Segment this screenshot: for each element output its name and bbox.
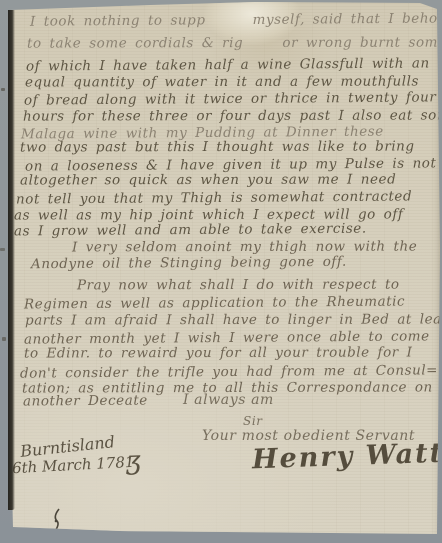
letter-line: Pray now what shall I do with respect to [77,277,400,294]
letter-line: to take some cordials & rig or wrong bur… [27,34,442,51]
letter-line: Regimen as well as application to the Rh… [24,294,405,313]
letter-line: I very seldom anoint my thigh now with t… [72,239,417,256]
letter-line: equal quantity of water in it and a few … [25,73,419,90]
margin-speck [2,337,6,341]
valediction-always: I always am [183,392,274,408]
letter-paper: I took nothing to supp myself, said that… [0,0,442,543]
letter-line: parts I am afraid I shall have to linger… [25,311,442,328]
letter-line: another Deceate [23,393,148,410]
dateline-brace-flourish: ʒ [125,446,141,476]
signature-henry-watt: Henry Watt [252,438,442,476]
ink-blot [50,508,64,532]
letter-line: of bread along with it twice or thrice i… [24,89,437,108]
letter-line: to Edinr. to rewaird you for all your tr… [24,344,413,361]
letter-line: I took nothing to supp myself, said that… [30,10,442,29]
margin-speck [0,248,5,251]
letter-line: altogether so quick as when you saw me I… [20,172,396,189]
letter-line: hours for these three or four days past … [23,107,442,124]
scanned-letter-page: I took nothing to supp myself, said that… [0,0,442,543]
letter-line: of which I have taken half a wine Glassf… [26,55,430,74]
letter-line: not tell you that my Thigh is somewhat c… [16,188,412,207]
paper-left-edge-shadow [8,10,15,510]
letter-line: Anodyne oil the Stinging being gone off. [31,254,347,272]
letter-line: two days past but this I thought was lik… [20,138,415,155]
valediction-sir: Sir [243,414,263,428]
margin-speck [1,88,5,91]
letter-line: as I grow well and am able to take exerc… [14,221,367,240]
